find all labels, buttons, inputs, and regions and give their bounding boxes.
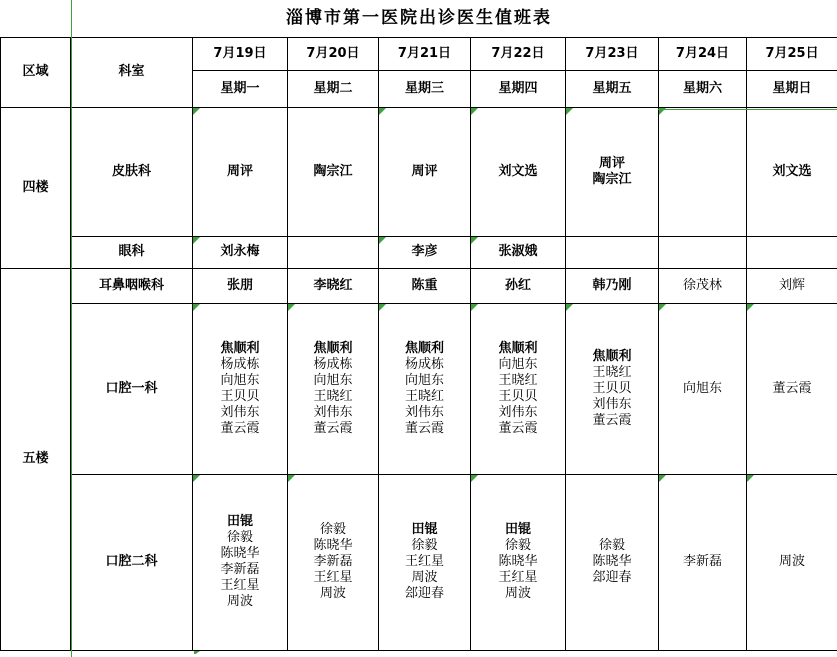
- doctor-name: 刘文选: [471, 164, 565, 180]
- schedule-cell[interactable]: 刘辉: [747, 268, 837, 303]
- doctor-name: 董云霞: [379, 421, 470, 437]
- corner-flag-icon: [471, 108, 478, 115]
- corner-flag-icon: [193, 475, 200, 482]
- doctor-name: 李新磊: [659, 554, 746, 570]
- doctor-name: 周评: [566, 156, 658, 172]
- doctor-name: 徐毅: [379, 538, 470, 554]
- doctor-name: 刘文选: [747, 164, 837, 180]
- schedule-cell[interactable]: 田锟徐毅王红星周波郐迎春: [379, 474, 471, 650]
- schedule-cell[interactable]: 焦顺利杨成栋向旭东王晓红刘伟东董云霞: [288, 303, 379, 474]
- doctor-name: 王红星: [471, 570, 565, 586]
- schedule-cell[interactable]: 陶宗江: [288, 107, 379, 236]
- schedule-cell[interactable]: 焦顺利向旭东王晓红王贝贝刘伟东董云霞: [471, 303, 566, 474]
- doctor-name: 董云霞: [566, 413, 658, 429]
- corner-flag-icon: [379, 304, 386, 311]
- doctor-name: 周波: [288, 586, 378, 602]
- doctor-name: 王晓红: [288, 389, 378, 405]
- schedule-cell[interactable]: 焦顺利杨成栋向旭东王晓红刘伟东董云霞: [379, 303, 471, 474]
- doctor-name: 向旭东: [193, 373, 287, 389]
- schedule-cell[interactable]: 李新磊: [659, 474, 747, 650]
- schedule-cell[interactable]: 刘永梅: [193, 236, 288, 268]
- schedule-cell[interactable]: 孙红: [471, 268, 566, 303]
- floor-label-cell[interactable]: 五楼: [1, 268, 71, 650]
- doctor-name: 郐迎春: [379, 586, 470, 602]
- doctor-name: 向旭东: [659, 381, 746, 397]
- corner-flag-icon: [193, 304, 200, 311]
- corner-flag-icon: [193, 108, 200, 115]
- schedule-cell[interactable]: 张淑娥: [471, 236, 566, 268]
- schedule-cell[interactable]: 向旭东: [659, 303, 747, 474]
- schedule-cell[interactable]: 周波: [747, 474, 837, 650]
- floor-label-cell[interactable]: 四楼: [1, 107, 71, 268]
- doctor-name: 王晓红: [379, 389, 470, 405]
- doctor-name: 陈晓华: [288, 538, 378, 554]
- schedule-cell[interactable]: 徐茂林: [659, 268, 747, 303]
- corner-flag-icon: [288, 475, 295, 482]
- schedule-cell[interactable]: 焦顺利王晓红王贝贝刘伟东董云霞: [566, 303, 659, 474]
- doctor-name: 李新磊: [288, 554, 378, 570]
- corner-flag-icon: [659, 475, 666, 482]
- schedule-cell[interactable]: 董云霞: [747, 303, 837, 474]
- partial-row-cell: [1, 650, 837, 654]
- doctor-name: 陈晓华: [471, 554, 565, 570]
- doctor-name: 王贝贝: [471, 389, 565, 405]
- doctor-name: 焦顺利: [566, 349, 658, 365]
- schedule-cell[interactable]: 周评: [379, 107, 471, 236]
- doctor-name: 李新磊: [193, 562, 287, 578]
- schedule-cell[interactable]: 田锟徐毅陈晓华王红星周波: [471, 474, 566, 650]
- doctor-name: 王晓红: [471, 373, 565, 389]
- doctor-name: 周波: [379, 570, 470, 586]
- doctor-name: 徐毅: [193, 530, 287, 546]
- department-label-cell[interactable]: 口腔一科: [71, 303, 193, 474]
- doctor-name: 董云霞: [288, 421, 378, 437]
- doctor-name: 王红星: [288, 570, 378, 586]
- doctor-name: 向旭东: [379, 373, 470, 389]
- schedule-cell[interactable]: 田锟徐毅陈晓华李新磊王红星周波: [193, 474, 288, 650]
- green-border-top-segment: [658, 109, 837, 110]
- department-label-cell[interactable]: 口腔二科: [71, 474, 193, 650]
- schedule-cell[interactable]: [747, 236, 837, 268]
- doctor-name: 焦顺利: [288, 341, 378, 357]
- doctor-name: 刘辉: [747, 278, 837, 294]
- schedule-cell[interactable]: 焦顺利杨成栋向旭东王贝贝刘伟东董云霞: [193, 303, 288, 474]
- doctor-name: 孙红: [471, 278, 565, 294]
- sheet-title-cell[interactable]: 淄博市第一医院出诊医生值班表: [1, 0, 837, 37]
- date-header-cell[interactable]: 7月25日: [747, 37, 837, 70]
- doctor-name: 刘伟东: [288, 405, 378, 421]
- corner-flag-icon: [194, 651, 200, 655]
- schedule-cell[interactable]: 周评陶宗江: [566, 107, 659, 236]
- doctor-name: 徐毅: [288, 522, 378, 538]
- doctor-name: 焦顺利: [379, 341, 470, 357]
- date-header-cell[interactable]: 7月20日: [288, 37, 379, 70]
- corner-flag-icon: [379, 108, 386, 115]
- date-header-cell[interactable]: 7月21日: [379, 37, 471, 70]
- doctor-name: 徐毅: [471, 538, 565, 554]
- doctor-name: 向旭东: [471, 357, 565, 373]
- doctor-name: 杨成栋: [379, 357, 470, 373]
- date-header-cell[interactable]: 7月19日: [193, 37, 288, 70]
- doctor-name: 向旭东: [288, 373, 378, 389]
- schedule-cell[interactable]: 李彦: [379, 236, 471, 268]
- date-header-cell[interactable]: 7月24日: [659, 37, 747, 70]
- weekday-header-cell[interactable]: 星期五: [566, 70, 659, 107]
- department-label-cell[interactable]: 耳鼻咽喉科: [71, 268, 193, 303]
- doctor-name: 焦顺利: [471, 341, 565, 357]
- date-header-cell[interactable]: 7月22日: [471, 37, 566, 70]
- schedule-cell[interactable]: 韩乃刚: [566, 268, 659, 303]
- schedule-cell[interactable]: 刘文选: [747, 107, 837, 236]
- schedule-cell[interactable]: 李晓红: [288, 268, 379, 303]
- corner-flag-icon: [747, 475, 754, 482]
- doctor-name: 田锟: [379, 522, 470, 538]
- weekday-header-cell[interactable]: 星期六: [659, 70, 747, 107]
- corner-flag-icon: [747, 304, 754, 311]
- doctor-name: 刘伟东: [193, 405, 287, 421]
- schedule-cell[interactable]: 张朋: [193, 268, 288, 303]
- doctor-name: 张朋: [193, 278, 287, 294]
- doctor-name: 徐毅: [566, 538, 658, 554]
- doctor-name: 焦顺利: [193, 341, 287, 357]
- doctor-name: 郐迎春: [566, 570, 658, 586]
- doctor-name: 周评: [193, 164, 287, 180]
- department-label-cell[interactable]: 皮肤科: [71, 107, 193, 236]
- doctor-name: 王晓红: [566, 365, 658, 381]
- schedule-cell[interactable]: [288, 236, 379, 268]
- weekday-header-cell[interactable]: 星期二: [288, 70, 379, 107]
- schedule-cell[interactable]: 陈重: [379, 268, 471, 303]
- doctor-name: 张淑娥: [471, 244, 565, 260]
- schedule-table: 淄博市第一医院出诊医生值班表区域科室7月19日7月20日7月21日7月22日7月…: [0, 0, 837, 654]
- corner-flag-icon: [288, 304, 295, 311]
- doctor-name: 周波: [471, 586, 565, 602]
- schedule-cell[interactable]: [566, 236, 659, 268]
- corner-flag-icon: [193, 237, 200, 244]
- schedule-cell[interactable]: [659, 236, 747, 268]
- schedule-cell[interactable]: [659, 107, 747, 236]
- green-gridline-vertical: [71, 0, 72, 657]
- doctor-name: 李彦: [379, 244, 470, 260]
- doctor-name: 徐茂林: [659, 278, 746, 294]
- doctor-name: 刘永梅: [193, 244, 287, 260]
- department-label-cell[interactable]: 眼科: [71, 236, 193, 268]
- doctor-name: 刘伟东: [379, 405, 470, 421]
- corner-flag-icon: [471, 237, 478, 244]
- doctor-name: 刘伟东: [566, 397, 658, 413]
- doctor-name: 陈晓华: [566, 554, 658, 570]
- doctor-name: 田锟: [193, 514, 287, 530]
- schedule-cell[interactable]: 周评: [193, 107, 288, 236]
- weekday-header-cell[interactable]: 星期日: [747, 70, 837, 107]
- doctor-name: 王红星: [193, 578, 287, 594]
- corner-flag-icon: [566, 304, 573, 311]
- corner-flag-icon: [566, 108, 573, 115]
- weekday-header-cell[interactable]: 星期四: [471, 70, 566, 107]
- doctor-name: 董云霞: [747, 381, 837, 397]
- doctor-name: 王贝贝: [193, 389, 287, 405]
- doctor-name: 周波: [193, 594, 287, 610]
- schedule-cell[interactable]: 徐毅陈晓华李新磊王红星周波: [288, 474, 379, 650]
- area-header-cell[interactable]: 区域: [1, 37, 71, 107]
- schedule-cell[interactable]: 刘文选: [471, 107, 566, 236]
- doctor-name: 周评: [379, 164, 470, 180]
- doctor-name: 王红星: [379, 554, 470, 570]
- doctor-name: 陈晓华: [193, 546, 287, 562]
- corner-flag-icon: [471, 475, 478, 482]
- doctor-name: 陈重: [379, 278, 470, 294]
- corner-flag-icon: [471, 304, 478, 311]
- doctor-name: 董云霞: [193, 421, 287, 437]
- schedule-cell[interactable]: 徐毅陈晓华郐迎春: [566, 474, 659, 650]
- doctor-name: 韩乃刚: [566, 278, 658, 294]
- doctor-name: 李晓红: [288, 278, 378, 294]
- dept-header-cell[interactable]: 科室: [71, 37, 193, 107]
- corner-flag-icon: [379, 237, 386, 244]
- doctor-name: 周波: [747, 554, 837, 570]
- doctor-name: 陶宗江: [288, 164, 378, 180]
- spreadsheet-stage: 淄博市第一医院出诊医生值班表区域科室7月19日7月20日7月21日7月22日7月…: [0, 0, 837, 657]
- weekday-header-cell[interactable]: 星期三: [379, 70, 471, 107]
- doctor-name: 杨成栋: [288, 357, 378, 373]
- corner-flag-icon: [659, 304, 666, 311]
- schedule-table-body: 淄博市第一医院出诊医生值班表区域科室7月19日7月20日7月21日7月22日7月…: [1, 0, 837, 654]
- doctor-name: 刘伟东: [471, 405, 565, 421]
- weekday-header-cell[interactable]: 星期一: [193, 70, 288, 107]
- date-header-cell[interactable]: 7月23日: [566, 37, 659, 70]
- doctor-name: 田锟: [471, 522, 565, 538]
- doctor-name: 杨成栋: [193, 357, 287, 373]
- doctor-name: 陶宗江: [566, 172, 658, 188]
- doctor-name: 董云霞: [471, 421, 565, 437]
- doctor-name: 王贝贝: [566, 381, 658, 397]
